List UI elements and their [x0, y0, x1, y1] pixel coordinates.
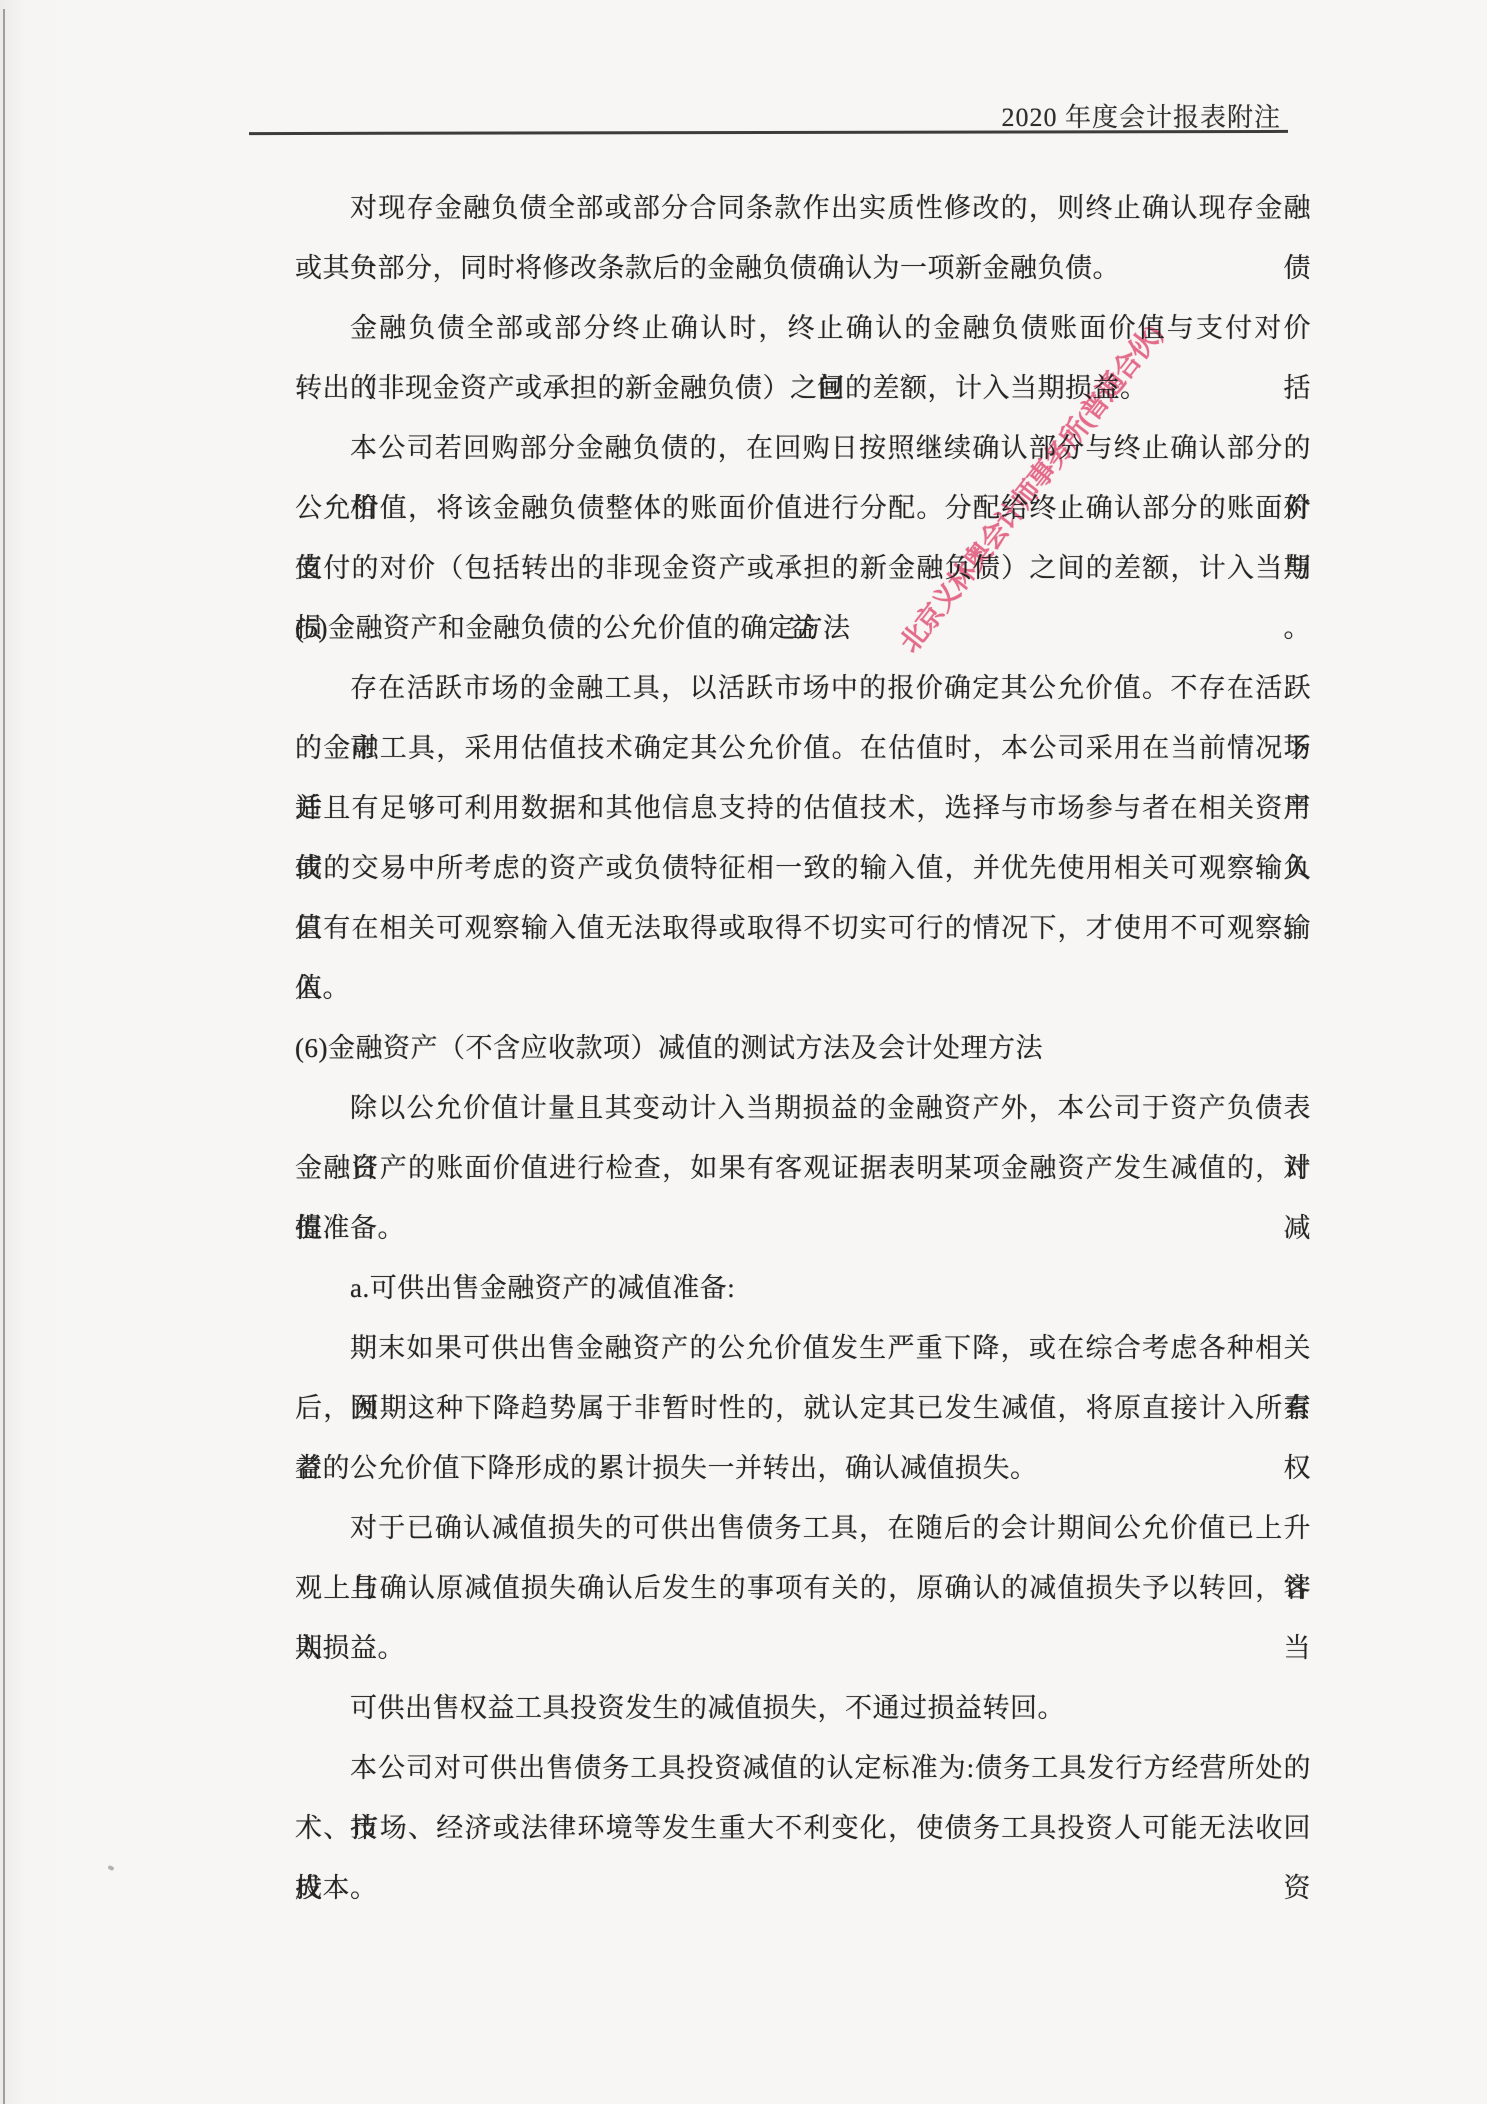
text-line: 值。 — [295, 958, 1311, 1018]
text-line: a.可供出售金融资产的减值准备: — [295, 1258, 1311, 1318]
scan-speck — [107, 1865, 114, 1871]
text-line: 期末如果可供出售金融资产的公允价值发生严重下降，或在综合考虑各种相关因素 — [295, 1318, 1311, 1378]
page-edge-line — [3, 9, 5, 2104]
text-line: 公允价值，将该金融负债整体的账面价值进行分配。分配给终止确认部分的账面价值与 — [295, 478, 1311, 538]
text-line: 存在活跃市场的金融工具，以活跃市场中的报价确定其公允价值。不存在活跃市场 — [295, 658, 1311, 718]
text-line: 后，预期这种下降趋势属于非暂时性的，就认定其已发生减值，将原直接计入所有者权 — [295, 1378, 1311, 1438]
page-header: 2020 年度会计报表附注 — [0, 97, 1281, 134]
text-line: 金融负债全部或部分终止确认时，终止确认的金融负债账面价值与支付对价（包括 — [295, 298, 1311, 358]
header-title: 2020 年度会计报表附注 — [1001, 103, 1281, 132]
text-line: 债的交易中所考虑的资产或负债特征相一致的输入值，并优先使用相关可观察输入值。 — [295, 838, 1311, 898]
text-line: 观上与确认原减值损失确认后发生的事项有关的，原确认的减值损失予以转回，计入当 — [295, 1558, 1311, 1618]
text-line: 术、市场、经济或法律环境等发生重大不利变化，使债务工具投资人可能无法收回投资 — [295, 1798, 1311, 1858]
text-line: 金融资产的账面价值进行检查，如果有客观证据表明某项金融资产发生减值的，计提减 — [295, 1138, 1311, 1198]
text-line: 支付的对价（包括转出的非现金资产或承担的新金融负债）之间的差额，计入当期损益。 — [295, 538, 1311, 598]
document-page: 2020 年度会计报表附注 北京义林奥会计师事务所(普通合伙) 对现存金融负债全… — [0, 0, 1487, 2104]
text-line: 对于已确认减值损失的可供出售债务工具，在随后的会计期间公允价值已上升且客 — [295, 1498, 1311, 1558]
text-line: 本公司若回购部分金融负债的，在回购日按照继续确认部分与终止确认部分的相对 — [295, 418, 1311, 478]
text-line: (6)金融资产（不含应收款项）减值的测试方法及会计处理方法 — [295, 1018, 1311, 1078]
text-line: 只有在相关可观察输入值无法取得或取得不切实可行的情况下，才使用不可观察输入 — [295, 898, 1311, 958]
text-line: 并且有足够可利用数据和其他信息支持的估值技术，选择与市场参与者在相关资产或负 — [295, 778, 1311, 838]
document-body: 对现存金融负债全部或部分合同条款作出实质性修改的，则终止确认现存金融负债或其一部… — [295, 178, 1311, 1918]
text-line: 对现存金融负债全部或部分合同条款作出实质性修改的，则终止确认现存金融负债 — [295, 178, 1311, 238]
text-line: 的金融工具，采用估值技术确定其公允价值。在估值时，本公司采用在当前情况下适用 — [295, 718, 1311, 778]
text-line: 除以公允价值计量且其变动计入当期损益的金融资产外，本公司于资产负债表日对 — [295, 1078, 1311, 1138]
text-line: 本公司对可供出售债务工具投资减值的认定标准为:债务工具发行方经营所处的技 — [295, 1738, 1311, 1798]
text-line: 可供出售权益工具投资发生的减值损失，不通过损益转回。 — [295, 1678, 1311, 1738]
